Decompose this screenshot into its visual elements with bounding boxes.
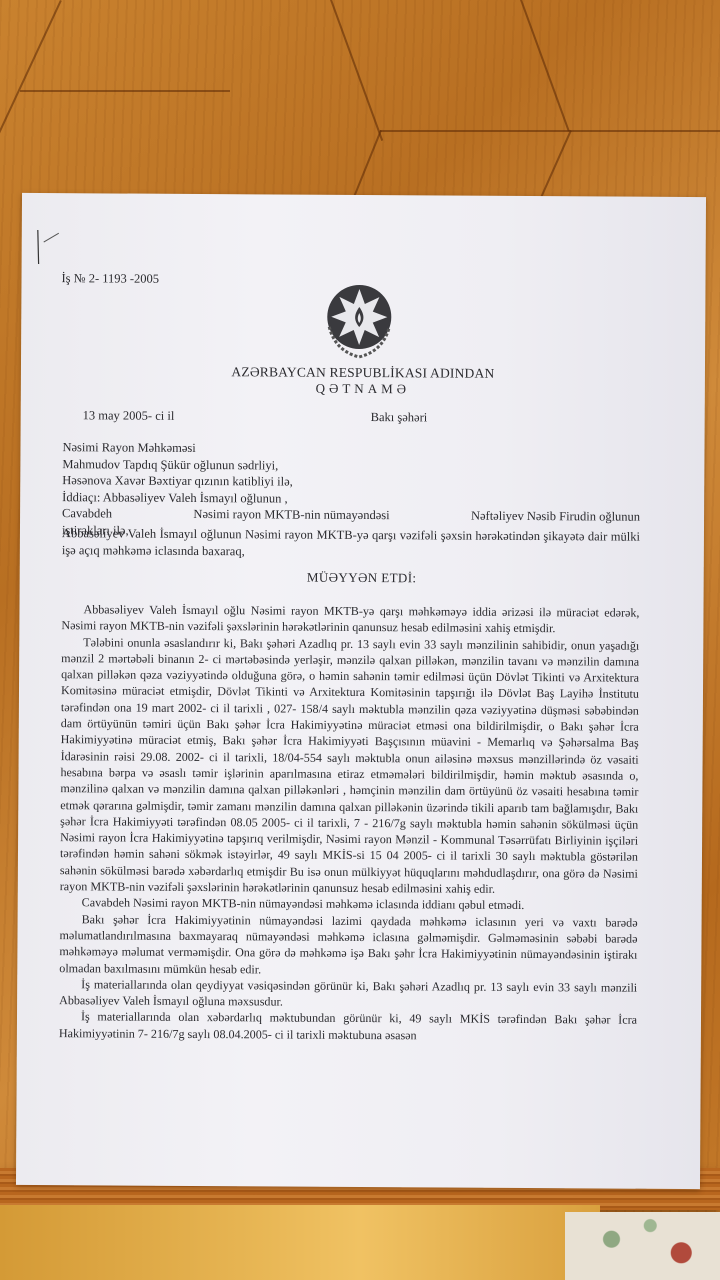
floor-seam <box>380 130 570 132</box>
yellow-cloth <box>0 1205 600 1280</box>
paragraph: İş materiallarında olan xəbərdarlıq məkt… <box>59 1009 637 1045</box>
floor-seam <box>20 90 230 92</box>
paragraph: Abbasəliyev Valeh İsmayıl oğlu Nəsimi ra… <box>61 601 639 637</box>
carpet <box>565 1212 720 1280</box>
handwritten-mark-icon <box>35 228 75 268</box>
respondent-representative: Nəftəliyev Nəsib Firudin oğlunun <box>471 508 640 526</box>
azerbaijan-state-emblem-icon <box>323 283 395 361</box>
paragraph: Bakı şəhər İcra Hakimiyyətinin nümayəndə… <box>59 911 637 980</box>
case-number: İş № 2- 1193 -2005 <box>61 271 159 287</box>
paragraph: Tələbini onunla əsaslandırır ki, Bakı şə… <box>60 634 640 898</box>
document-city: Bakı şəhəri <box>371 410 428 425</box>
case-intro: Abbasəliyev Valeh İsmayıl oğlunun Nəsimi… <box>62 525 640 563</box>
respondent-party: Nəsimi rayon MKTB-nin nümayəndəsi <box>193 506 389 524</box>
respondent-label: Cavabdeh <box>62 505 112 522</box>
plaintiff: İddiaçı: Abbasəliyev Valeh İsmayıl oğlun… <box>62 489 642 509</box>
floor-seam <box>330 0 383 141</box>
document-date: 13 may 2005- ci il <box>83 408 175 424</box>
section-title: MÜƏYYƏN ETDİ: <box>20 568 704 588</box>
court-document: İş № 2- 1193 -2005 AZƏRBAYCAN RESPUBLİKA… <box>16 193 706 1189</box>
document-type: QƏTNAMƏ <box>21 379 705 399</box>
floor-seam <box>570 130 720 132</box>
paragraph: İş materiallarında olan qeydiyyat vəsiqə… <box>59 976 637 1012</box>
document-body: Abbasəliyev Valeh İsmayıl oğlu Nəsimi ra… <box>59 601 640 1045</box>
floor-seam <box>0 0 62 196</box>
floor-seam <box>520 0 570 132</box>
